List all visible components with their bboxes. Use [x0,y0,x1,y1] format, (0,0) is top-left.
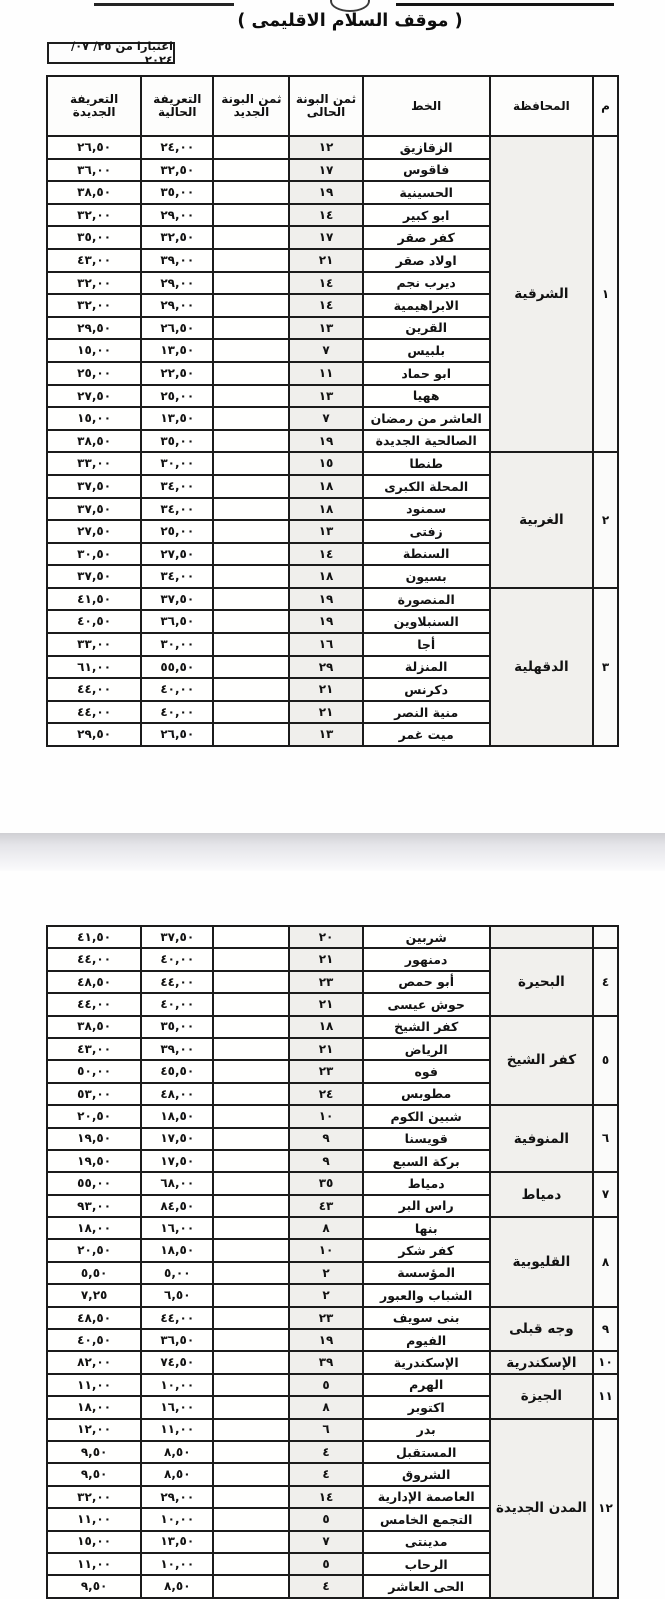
tariff-new-cell: ٥٠,٠٠ [47,1060,141,1082]
tariff-new-cell: ٧,٢٥ [47,1284,141,1306]
coupon-current-cell: ٤ [289,1463,362,1485]
coupon-new-cell [213,1396,289,1418]
line-cell: بنى سويف [363,1307,490,1329]
governorate-cell: وجه قبلى [490,1307,593,1352]
tariff-new-cell: ٢٩,٥٠ [47,317,141,340]
index-cell: ١١ [593,1374,618,1419]
coupon-new-cell [213,339,289,362]
coupon-current-cell: ١٤ [289,1486,362,1508]
tariff-new-cell: ١٥,٠٠ [47,339,141,362]
index-cell: ٧ [593,1172,618,1217]
line-cell: زفتى [363,520,490,543]
tariff-current-cell: ٢٢,٥٠ [141,362,213,385]
coupon-current-cell: ٩ [289,1128,362,1150]
tariff-new-cell: ١٥,٠٠ [47,407,141,430]
tariff-new-cell: ٣٨,٥٠ [47,1016,141,1038]
coupon-new-cell [213,1083,289,1105]
coupon-current-cell: ١٤ [289,204,362,227]
line-cell: أجا [363,633,490,656]
line-cell: الفيوم [363,1329,490,1351]
tariff-new-cell: ٤١,٥٠ [47,588,141,611]
governorate-cell: البحيرة [490,948,593,1015]
line-cell: مطوبس [363,1083,490,1105]
coupon-new-cell [213,1463,289,1485]
tariff-current-cell: ١٠,٠٠ [141,1508,213,1530]
governorate-cell: الجيزة [490,1374,593,1419]
coupon-current-cell: ٢١ [289,948,362,970]
coupon-current-cell: ١٧ [289,226,362,249]
coupon-current-cell: ٦ [289,1419,362,1441]
line-cell: شربين [363,926,490,948]
coupon-current-cell: ٨ [289,1396,362,1418]
tariff-current-cell: ٣٥,٠٠ [141,430,213,453]
index-cell: ٦ [593,1105,618,1172]
coupon-new-cell [213,1575,289,1597]
coupon-current-cell: ١٨ [289,1016,362,1038]
line-cell: دمنهور [363,948,490,970]
tariff-current-cell: ٤٨,٠٠ [141,1083,213,1105]
tariff-current-cell: ٣٥,٠٠ [141,181,213,204]
coupon-current-cell: ٢١ [289,701,362,724]
tariff-new-cell: ٤٤,٠٠ [47,948,141,970]
tariff-current-cell: ٣٦,٥٠ [141,1329,213,1351]
coupon-new-cell [213,993,289,1015]
tariff-new-cell: ١٨,٠٠ [47,1217,141,1239]
coupon-new-cell [213,385,289,408]
tariff-new-cell: ٣٢,٠٠ [47,294,141,317]
document-sheet: ( موقف السلام الاقليمى ) اعتبارا من ٢٥/ … [0,0,665,1599]
tariff-table-part1: م المحافظة الخط ثمن البونة الحالى ثمن ال… [46,75,619,747]
coupon-current-cell: ١٩ [289,430,362,453]
coupon-current-cell: ١٨ [289,498,362,521]
tariff-new-cell: ٤٤,٠٠ [47,678,141,701]
tariff-new-cell: ٣٧,٥٠ [47,565,141,588]
tariff-new-cell: ٣٨,٥٠ [47,181,141,204]
tariff-new-cell: ٣٦,٠٠ [47,159,141,182]
tariff-current-cell: ٨,٥٠ [141,1463,213,1485]
coupon-current-cell: ٢٠ [289,926,362,948]
tariff-new-cell: ٣٢,٠٠ [47,272,141,295]
tariff-current-cell: ٣٢,٥٠ [141,159,213,182]
tariff-current-cell: ٣٤,٠٠ [141,565,213,588]
tariff-new-cell: ٢٥,٠٠ [47,362,141,385]
governorate-cell [490,926,593,948]
tariff-current-cell: ٣٥,٠٠ [141,1016,213,1038]
tariff-new-cell: ٤٤,٠٠ [47,701,141,724]
coupon-new-cell [213,1441,289,1463]
tariff-current-cell: ١١,٠٠ [141,1419,213,1441]
coupon-new-cell [213,1128,289,1150]
line-cell: بسيون [363,565,490,588]
coupon-current-cell: ٩ [289,1150,362,1172]
tariff-new-cell: ٣٧,٥٠ [47,475,141,498]
tariff-current-cell: ٧٤,٥٠ [141,1351,213,1373]
coupon-new-cell [213,362,289,385]
tariff-current-cell: ٢٥,٠٠ [141,385,213,408]
line-cell: المستقبل [363,1441,490,1463]
line-cell: التجمع الخامس [363,1508,490,1530]
line-cell: سمنود [363,498,490,521]
tariff-current-cell: ٦٨,٠٠ [141,1172,213,1194]
tariff-new-cell: ٣٣,٠٠ [47,452,141,475]
coupon-current-cell: ١٩ [289,588,362,611]
tariff-current-cell: ١٧,٥٠ [141,1128,213,1150]
coupon-new-cell [213,226,289,249]
coupon-current-cell: ١٦ [289,633,362,656]
coupon-new-cell [213,610,289,633]
coupon-new-cell [213,1284,289,1306]
tariff-new-cell: ٦١,٠٠ [47,656,141,679]
line-cell: الصالحية الجديدة [363,430,490,453]
coupon-current-cell: ٢٩ [289,656,362,679]
coupon-current-cell: ١٣ [289,385,362,408]
coupon-current-cell: ٢١ [289,678,362,701]
tariff-new-cell: ١٥,٠٠ [47,1531,141,1553]
coupon-current-cell: ٢١ [289,249,362,272]
tariff-new-cell: ١٩,٥٠ [47,1128,141,1150]
tariff-new-cell: ٣٠,٥٠ [47,543,141,566]
line-cell: المحلة الكبرى [363,475,490,498]
line-cell: فاقوس [363,159,490,182]
header-line: الخط [363,76,490,136]
tariff-new-cell: ٣٢,٠٠ [47,1486,141,1508]
tariff-new-cell: ٤٣,٠٠ [47,249,141,272]
governorate-cell: الإسكندرية [490,1351,593,1373]
coupon-current-cell: ٤٣ [289,1195,362,1217]
index-cell: ١٢ [593,1419,618,1598]
coupon-current-cell: ١٨ [289,475,362,498]
coupon-new-cell [213,1553,289,1575]
coupon-new-cell [213,1351,289,1373]
coupon-current-cell: ٨ [289,1217,362,1239]
page-break-band [0,833,665,871]
index-cell: ٥ [593,1016,618,1106]
coupon-new-cell [213,1195,289,1217]
header-tariff-current: التعريفة الحالية [141,76,213,136]
tariff-current-cell: ٢٥,٠٠ [141,520,213,543]
index-cell [593,926,618,948]
coupon-new-cell [213,294,289,317]
coupon-new-cell [213,1239,289,1261]
tariff-new-cell: ٤٨,٥٠ [47,1307,141,1329]
coupon-new-cell [213,543,289,566]
coupon-new-cell [213,948,289,970]
coupon-new-cell [213,1374,289,1396]
coupon-new-cell [213,475,289,498]
coupon-new-cell [213,204,289,227]
coupon-current-cell: ١٧ [289,159,362,182]
coupon-current-cell: ٢١ [289,993,362,1015]
tariff-current-cell: ٥,٠٠ [141,1262,213,1284]
effective-date-box: اعتبارا من ٢٥/ ٠٧/ ٢٠٢٤ [47,42,175,64]
line-cell: الرياض [363,1038,490,1060]
coupon-current-cell: ١٥ [289,452,362,475]
tariff-current-cell: ٣٧,٥٠ [141,588,213,611]
line-cell: بدر [363,1419,490,1441]
line-cell: حوش عيسى [363,993,490,1015]
tariff-current-cell: ٨,٥٠ [141,1575,213,1597]
tariff-new-cell: ٣٥,٠٠ [47,226,141,249]
line-cell: الحى العاشر [363,1575,490,1597]
table-row: ٧دمياطدمياط٣٥٦٨,٠٠٥٥,٠٠ [47,1172,618,1194]
tariff-new-cell: ٢٠,٥٠ [47,1239,141,1261]
tariff-new-cell: ٢٠,٥٠ [47,1105,141,1127]
line-cell: المنزلة [363,656,490,679]
page-title: ( موقف السلام الاقليمى ) [235,11,465,31]
tariff-new-cell: ١٩,٥٠ [47,1150,141,1172]
table-row: ١٠الإسكندريةالإسكندرية٣٩٧٤,٥٠٨٢,٠٠ [47,1351,618,1373]
coupon-current-cell: ١٢ [289,136,362,159]
coupon-current-cell: ٤ [289,1441,362,1463]
coupon-current-cell: ١٤ [289,543,362,566]
tariff-current-cell: ١٧,٥٠ [141,1150,213,1172]
tariff-current-cell: ١٣,٥٠ [141,339,213,362]
line-cell: دكرنس [363,678,490,701]
letterhead-line-right [396,3,614,7]
line-cell: أبو حمص [363,971,490,993]
table-row: ٤البحيرةدمنهور٢١٤٠,٠٠٤٤,٠٠ [47,948,618,970]
tariff-new-cell: ١١,٠٠ [47,1553,141,1575]
tariff-current-cell: ٨,٥٠ [141,1441,213,1463]
coupon-new-cell [213,1105,289,1127]
table-row: شربين٢٠٣٧,٥٠٤١,٥٠ [47,926,618,948]
index-cell: ١ [593,136,618,452]
line-cell: الشباب والعبور [363,1284,490,1306]
coupon-current-cell: ١١ [289,362,362,385]
index-cell: ٤ [593,948,618,1015]
coupon-new-cell [213,701,289,724]
tariff-current-cell: ٢٩,٠٠ [141,204,213,227]
tariff-current-cell: ١٨,٥٠ [141,1105,213,1127]
table-row: ١الشرقيةالزقازيق١٢٢٤,٠٠٢٦,٥٠ [47,136,618,159]
tariff-current-cell: ٣٦,٥٠ [141,610,213,633]
coupon-current-cell: ٧ [289,339,362,362]
coupon-current-cell: ٣٩ [289,1351,362,1373]
tariff-new-cell: ٣٢,٠٠ [47,204,141,227]
governorate-cell: الغربية [490,452,593,588]
coupon-current-cell: ٢٣ [289,971,362,993]
line-cell: العاشر من رمضان [363,407,490,430]
coupon-new-cell [213,588,289,611]
coupon-new-cell [213,678,289,701]
tariff-new-cell: ١٢,٠٠ [47,1419,141,1441]
coupon-new-cell [213,1329,289,1351]
line-cell: الحسينية [363,181,490,204]
tariff-current-cell: ٤٥,٥٠ [141,1060,213,1082]
coupon-current-cell: ٢٣ [289,1060,362,1082]
coupon-new-cell [213,452,289,475]
tariff-current-cell: ٣٤,٠٠ [141,475,213,498]
coupon-new-cell [213,1307,289,1329]
coupon-new-cell [213,272,289,295]
tariff-current-cell: ٢٩,٠٠ [141,1486,213,1508]
tariff-current-cell: ١٣,٥٠ [141,1531,213,1553]
tariff-new-cell: ٩,٥٠ [47,1575,141,1597]
tariff-current-cell: ٢٩,٠٠ [141,272,213,295]
coupon-current-cell: ١٠ [289,1239,362,1261]
line-cell: الهرم [363,1374,490,1396]
index-cell: ١٠ [593,1351,618,1373]
tariff-current-cell: ٢٩,٠٠ [141,294,213,317]
coupon-current-cell: ١٣ [289,520,362,543]
tariff-new-cell: ٩,٥٠ [47,1441,141,1463]
coupon-new-cell [213,1486,289,1508]
table-row: ٦المنوفيةشبين الكوم١٠١٨,٥٠٢٠,٥٠ [47,1105,618,1127]
tariff-current-cell: ٤٠,٠٠ [141,993,213,1015]
tariff-new-cell: ٤٠,٥٠ [47,610,141,633]
coupon-current-cell: ٢ [289,1262,362,1284]
effective-date-label: اعتبارا من ٢٥/ ٠٧/ ٢٠٢٤ [49,39,173,67]
coupon-new-cell [213,520,289,543]
coupon-new-cell [213,633,289,656]
tariff-new-cell: ١١,٠٠ [47,1508,141,1530]
coupon-current-cell: ١٤ [289,294,362,317]
index-cell: ٩ [593,1307,618,1352]
coupon-new-cell [213,430,289,453]
table-row: ١٢المدن الجديدةبدر٦١١,٠٠١٢,٠٠ [47,1419,618,1441]
line-cell: الإسكندرية [363,1351,490,1373]
coupon-new-cell [213,1016,289,1038]
header-tariff-new: التعريفة الجديدة [47,76,141,136]
coupon-current-cell: ١٨ [289,565,362,588]
tariff-current-cell: ٨٤,٥٠ [141,1195,213,1217]
tariff-current-cell: ٣٢,٥٠ [141,226,213,249]
line-cell: كفر شكر [363,1239,490,1261]
table-row: ٢الغربيةطنطا١٥٣٠,٠٠٣٣,٠٠ [47,452,618,475]
tariff-current-cell: ١٦,٠٠ [141,1217,213,1239]
tariff-new-cell: ٩,٥٠ [47,1463,141,1485]
tariff-current-cell: ١٨,٥٠ [141,1239,213,1261]
tariff-table-part2: شربين٢٠٣٧,٥٠٤١,٥٠٤البحيرةدمنهور٢١٤٠,٠٠٤٤… [46,925,619,1599]
table-row: ٨القليوبيةبنها٨١٦,٠٠١٨,٠٠ [47,1217,618,1239]
table-header-row: م المحافظة الخط ثمن البونة الحالى ثمن ال… [47,76,618,136]
line-cell: السنطة [363,543,490,566]
index-cell: ٢ [593,452,618,588]
header-governorate: المحافظة [490,76,593,136]
line-cell: القرين [363,317,490,340]
tariff-new-cell: ٢٧,٥٠ [47,520,141,543]
tariff-new-cell: ٥,٥٠ [47,1262,141,1284]
coupon-new-cell [213,1262,289,1284]
coupon-new-cell [213,723,289,746]
tariff-current-cell: ٣٠,٠٠ [141,452,213,475]
tariff-current-cell: ٤٠,٠٠ [141,948,213,970]
line-cell: دمياط [363,1172,490,1194]
index-cell: ٣ [593,588,618,746]
line-cell: ههيا [363,385,490,408]
tariff-new-cell: ٤٤,٠٠ [47,993,141,1015]
coupon-current-cell: ٥ [289,1374,362,1396]
line-cell: قويسنا [363,1128,490,1150]
coupon-new-cell [213,249,289,272]
governorate-cell: كفر الشيخ [490,1016,593,1106]
tariff-current-cell: ٣٠,٠٠ [141,633,213,656]
line-cell: الرحاب [363,1553,490,1575]
coupon-new-cell [213,159,289,182]
coupon-current-cell: ٣٥ [289,1172,362,1194]
tariff-current-cell: ٥٥,٥٠ [141,656,213,679]
tariff-new-cell: ١١,٠٠ [47,1374,141,1396]
line-cell: ميت غمر [363,723,490,746]
tariff-current-cell: ٤٤,٠٠ [141,1307,213,1329]
tariff-new-cell: ٢٩,٥٠ [47,723,141,746]
table-row: ٥كفر الشيخكفر الشيخ١٨٣٥,٠٠٣٨,٥٠ [47,1016,618,1038]
coupon-new-cell [213,498,289,521]
governorate-cell: الشرقية [490,136,593,452]
coupon-new-cell [213,136,289,159]
governorate-cell: دمياط [490,1172,593,1217]
tariff-current-cell: ٢٤,٠٠ [141,136,213,159]
coupon-current-cell: ٢١ [289,1038,362,1060]
coupon-current-cell: ٢ [289,1284,362,1306]
tariff-new-cell: ٥٥,٠٠ [47,1172,141,1194]
coupon-new-cell [213,1217,289,1239]
coupon-new-cell [213,1060,289,1082]
index-cell: ٨ [593,1217,618,1307]
coupon-new-cell [213,317,289,340]
coupon-new-cell [213,181,289,204]
governorate-cell: القليوبية [490,1217,593,1307]
tariff-new-cell: ٢٦,٥٠ [47,136,141,159]
coupon-current-cell: ٢٤ [289,1083,362,1105]
table-row: ٩وجه قبلىبنى سويف٢٣٤٤,٠٠٤٨,٥٠ [47,1307,618,1329]
tariff-new-cell: ٥٣,٠٠ [47,1083,141,1105]
line-cell: الزقازيق [363,136,490,159]
tariff-new-cell: ٩٣,٠٠ [47,1195,141,1217]
tariff-current-cell: ٤٤,٠٠ [141,971,213,993]
governorate-cell: الدقهلية [490,588,593,746]
coupon-current-cell: ١٣ [289,317,362,340]
coupon-new-cell [213,971,289,993]
coupon-new-cell [213,1172,289,1194]
coupon-current-cell: ٥ [289,1508,362,1530]
coupon-new-cell [213,926,289,948]
tariff-current-cell: ١٣,٥٠ [141,407,213,430]
line-cell: مدينتى [363,1531,490,1553]
governorate-cell: المدن الجديدة [490,1419,593,1598]
coupon-current-cell: ١٩ [289,181,362,204]
coupon-new-cell [213,1508,289,1530]
tariff-current-cell: ٣٧,٥٠ [141,926,213,948]
tariff-current-cell: ٢٦,٥٠ [141,317,213,340]
tariff-current-cell: ١٠,٠٠ [141,1374,213,1396]
tariff-current-cell: ٢٦,٥٠ [141,723,213,746]
header-index: م [593,76,618,136]
tariff-current-cell: ٣٤,٠٠ [141,498,213,521]
tariff-current-cell: ٣٩,٠٠ [141,1038,213,1060]
line-cell: بنها [363,1217,490,1239]
tariff-new-cell: ٢٧,٥٠ [47,385,141,408]
line-cell: ديرب نجم [363,272,490,295]
coupon-new-cell [213,656,289,679]
line-cell: كفر صقر [363,226,490,249]
tariff-new-cell: ٣٧,٥٠ [47,498,141,521]
line-cell: اكتوبر [363,1396,490,1418]
coupon-current-cell: ٧ [289,407,362,430]
coupon-current-cell: ١٤ [289,272,362,295]
line-cell: فوه [363,1060,490,1082]
line-cell: المنصورة [363,588,490,611]
coupon-current-cell: ٧ [289,1531,362,1553]
tariff-current-cell: ١٠,٠٠ [141,1553,213,1575]
tariff-current-cell: ٢٧,٥٠ [141,543,213,566]
line-cell: شبين الكوم [363,1105,490,1127]
tariff-new-cell: ٣٣,٠٠ [47,633,141,656]
line-cell: منية النصر [363,701,490,724]
coupon-new-cell [213,1038,289,1060]
line-cell: ابو حماد [363,362,490,385]
coupon-current-cell: ١٩ [289,1329,362,1351]
